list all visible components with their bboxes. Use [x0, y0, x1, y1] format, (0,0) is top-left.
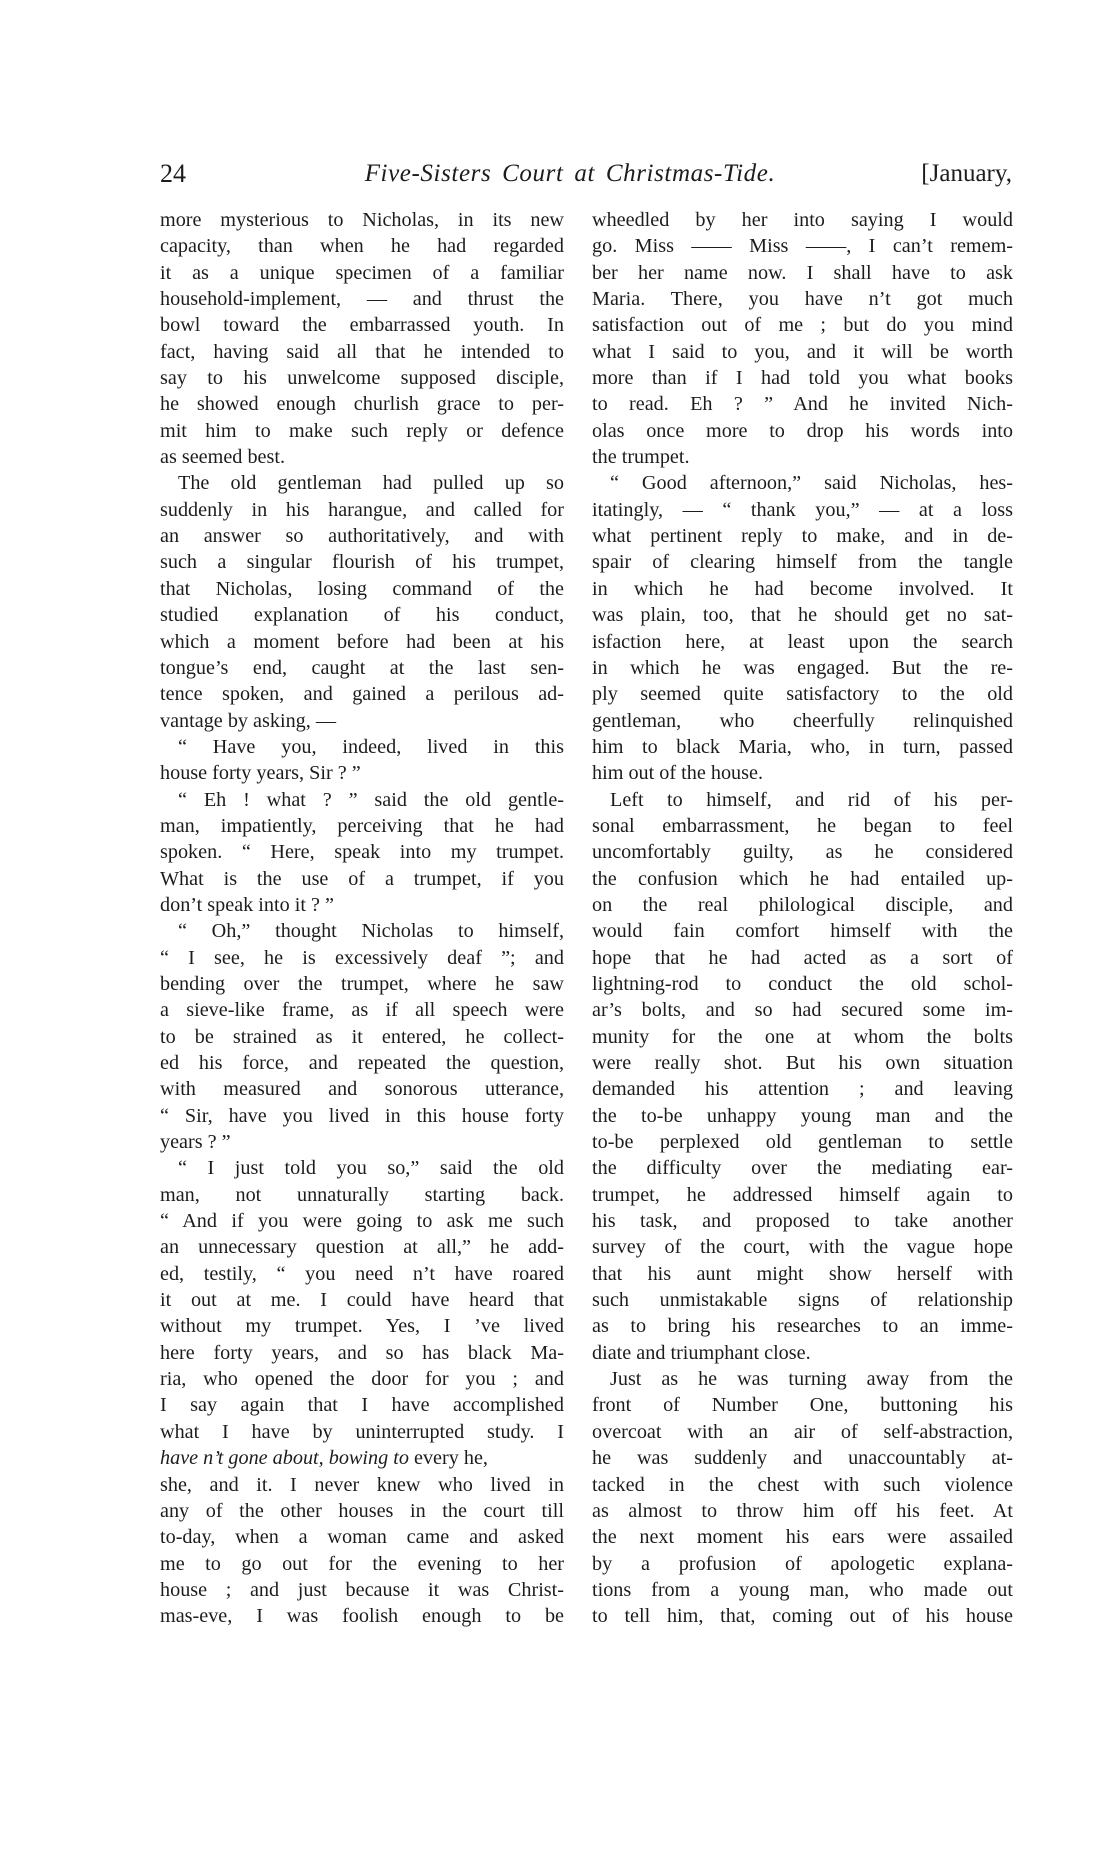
text-line: trumpet, he addressed himself again to: [592, 1182, 1013, 1208]
text-line: what I have by uninterrupted study. I: [160, 1419, 564, 1445]
text-line: were really shot. But his own situation: [592, 1050, 1013, 1076]
running-title: Five-Sisters Court at Christmas-Tide.: [345, 156, 795, 192]
text-line: tions from a young man, who made out: [592, 1577, 1013, 1603]
paragraph-start: “ Oh,” thought Nicholas to himself,: [160, 918, 564, 944]
text-line: “ Sir, have you lived in this house fort…: [160, 1103, 564, 1129]
text-line: to tell him, that, coming out of his hou…: [592, 1603, 1013, 1629]
paragraph-start: Left to himself, and rid of his per-: [592, 787, 1013, 813]
text-line: years ? ”: [160, 1129, 564, 1155]
text-line: studied explanation of his conduct,: [160, 602, 564, 628]
text-line: “ And if you were going to ask me such: [160, 1208, 564, 1234]
text-line: house forty years, Sir ? ”: [160, 760, 564, 786]
text-line: the to-be unhappy young man and the: [592, 1103, 1013, 1129]
text-line: satisfaction out of me ; but do you mind: [592, 312, 1013, 338]
text-line: any of the other houses in the court til…: [160, 1498, 564, 1524]
text-line: gentleman, who cheerfully relinquished: [592, 708, 1013, 734]
text-line: as almost to throw him off his feet. At: [592, 1498, 1013, 1524]
text-line: “ I see, he is excessively deaf ”; and: [160, 945, 564, 971]
text-line: lightning-rod to conduct the old schol-: [592, 971, 1013, 997]
text-line: Maria. There, you have n’t got much: [592, 286, 1013, 312]
text-line: such a singular flourish of his trumpet,: [160, 549, 564, 575]
text-line: a sieve-like frame, as if all speech wer…: [160, 997, 564, 1023]
text-line: front of Number One, buttoning his: [592, 1392, 1013, 1418]
text-line: an answer so authoritatively, and with: [160, 523, 564, 549]
paragraph-start: “ Eh ! what ? ” said the old gentle-: [160, 787, 564, 813]
text-line: the confusion which he had entailed up-: [592, 866, 1013, 892]
text-line: more than if I had told you what books: [592, 365, 1013, 391]
text-line: mas-eve, I was foolish enough to be: [160, 1603, 564, 1629]
text-line: it out at me. I could have heard that: [160, 1287, 564, 1313]
running-date: [January,: [921, 156, 1012, 192]
paragraph-start: “ Have you, indeed, lived in this: [160, 734, 564, 760]
text-line: tongue’s end, caught at the last sen-: [160, 655, 564, 681]
text-line: to-day, when a woman came and asked: [160, 1524, 564, 1550]
text-line: hope that he had acted as a sort of: [592, 945, 1013, 971]
text-line: by a profusion of apologetic explana-: [592, 1551, 1013, 1577]
text-line: as to bring his researches to an imme-: [592, 1313, 1013, 1339]
running-header: 24 Five-Sisters Court at Christmas-Tide.…: [160, 156, 1012, 192]
page-number: 24: [160, 156, 186, 192]
text-line: tence spoken, and gained a perilous ad-: [160, 681, 564, 707]
text-line: it as a unique specimen of a familiar: [160, 260, 564, 286]
text-line: the trumpet.: [592, 444, 1013, 470]
text-line: with measured and sonorous utterance,: [160, 1076, 564, 1102]
text-line: as seemed best.: [160, 444, 564, 470]
text-line: ria, who opened the door for you ; and: [160, 1366, 564, 1392]
text-line: ed his force, and repeated the question,: [160, 1050, 564, 1076]
text-line: don’t speak into it ? ”: [160, 892, 564, 918]
text-line: say to his unwelcome supposed disciple,: [160, 365, 564, 391]
text-line: vantage by asking, —: [160, 708, 564, 734]
text-line: to-be perplexed old gentleman to settle: [592, 1129, 1013, 1155]
text-line: to be strained as it entered, he collect…: [160, 1024, 564, 1050]
text-line: munity for the one at whom the bolts: [592, 1024, 1013, 1050]
text-line: his task, and proposed to take another: [592, 1208, 1013, 1234]
left-column: more mysterious to Nicholas, in its new …: [160, 207, 564, 1630]
text-line: which a moment before had been at his: [160, 629, 564, 655]
paragraph-start: Just as he was turning away from the: [592, 1366, 1013, 1392]
text-line: man, not unnaturally starting back.: [160, 1182, 564, 1208]
text-line: ber her name now. I shall have to ask: [592, 260, 1013, 286]
text-line: such unmistakable signs of relationship: [592, 1287, 1013, 1313]
text-line: capacity, than when he had regarded: [160, 233, 564, 259]
text-line: she, and it. I never knew who lived in: [160, 1472, 564, 1498]
paragraph-start: The old gentleman had pulled up so: [160, 470, 564, 496]
text-line: ar’s bolts, and so had secured some im-: [592, 997, 1013, 1023]
italic-phrase: have n’t gone about, bowing to: [160, 1447, 409, 1469]
paragraph-start: “ Good afternoon,” said Nicholas, hes-: [592, 470, 1013, 496]
text-line: bowl toward the embarrassed youth. In: [160, 312, 564, 338]
text-line: that his aunt might show herself with: [592, 1261, 1013, 1287]
text-line: suddenly in his harangue, and called for: [160, 497, 564, 523]
text-line: spoken. “ Here, speak into my trumpet.: [160, 839, 564, 865]
text-line: go. Miss —— Miss ——, I can’t remem-: [592, 233, 1013, 259]
text-line: would fain comfort himself with the: [592, 918, 1013, 944]
text-line: sonal embarrassment, he began to feel: [592, 813, 1013, 839]
text-line: olas once more to drop his words into: [592, 418, 1013, 444]
text-line: fact, having said all that he intended t…: [160, 339, 564, 365]
mixed-italic-line: have n’t gone about, bowing to every he,: [160, 1445, 564, 1471]
text-line: the difficulty over the mediating ear-: [592, 1155, 1013, 1181]
text-line: that Nicholas, losing command of the: [160, 576, 564, 602]
text-line: tacked in the chest with such violence: [592, 1472, 1013, 1498]
text-line: bending over the trumpet, where he saw: [160, 971, 564, 997]
text-line: diate and triumphant close.: [592, 1340, 1013, 1366]
text-line: to read. Eh ? ” And he invited Nich-: [592, 391, 1013, 417]
text-line: he was suddenly and unaccountably at-: [592, 1445, 1013, 1471]
text-line: him out of the house.: [592, 760, 1013, 786]
text-line: uncomfortably guilty, as he considered: [592, 839, 1013, 865]
text-line: ed, testily, “ you need n’t have roared: [160, 1261, 564, 1287]
text-line: me to go out for the evening to her: [160, 1551, 564, 1577]
text-line: household-implement, — and thrust the: [160, 286, 564, 312]
text-line: him to black Maria, who, in turn, passed: [592, 734, 1013, 760]
text-line: here forty years, and so has black Ma-: [160, 1340, 564, 1366]
text-line: what I said to you, and it will be worth: [592, 339, 1013, 365]
text-line: overcoat with an air of self-abstraction…: [592, 1419, 1013, 1445]
text-line: in which he was engaged. But the re-: [592, 655, 1013, 681]
text-line: wheedled by her into saying I would: [592, 207, 1013, 233]
text-line: what pertinent reply to make, and in de-: [592, 523, 1013, 549]
text-line: isfaction here, at least upon the search: [592, 629, 1013, 655]
text-line: he showed enough churlish grace to per-: [160, 391, 564, 417]
text-line: survey of the court, with the vague hope: [592, 1234, 1013, 1260]
text-line: mit him to make such reply or defence: [160, 418, 564, 444]
text-line: itatingly, — “ thank you,” — at a loss: [592, 497, 1013, 523]
text-line: ply seemed quite satisfactory to the old: [592, 681, 1013, 707]
text-line: was plain, too, that he should get no sa…: [592, 602, 1013, 628]
text-line: the next moment his ears were assailed: [592, 1524, 1013, 1550]
text-line: I say again that I have accomplished: [160, 1392, 564, 1418]
text-line: on the real philological disciple, and: [592, 892, 1013, 918]
text-line: an unnecessary question at all,” he add-: [160, 1234, 564, 1260]
text-line: house ; and just because it was Christ-: [160, 1577, 564, 1603]
text-line: What is the use of a trumpet, if you: [160, 866, 564, 892]
right-column: wheedled by her into saying I would go. …: [592, 207, 1013, 1630]
text-line: spair of clearing himself from the tangl…: [592, 549, 1013, 575]
text-line: in which he had become involved. It: [592, 576, 1013, 602]
text-line: without my trumpet. Yes, I ’ve lived: [160, 1313, 564, 1339]
paragraph-start: “ I just told you so,” said the old: [160, 1155, 564, 1181]
text-fragment: every he,: [409, 1447, 488, 1469]
text-line: demanded his attention ; and leaving: [592, 1076, 1013, 1102]
text-line: more mysterious to Nicholas, in its new: [160, 207, 564, 233]
text-line: man, impatiently, perceiving that he had: [160, 813, 564, 839]
